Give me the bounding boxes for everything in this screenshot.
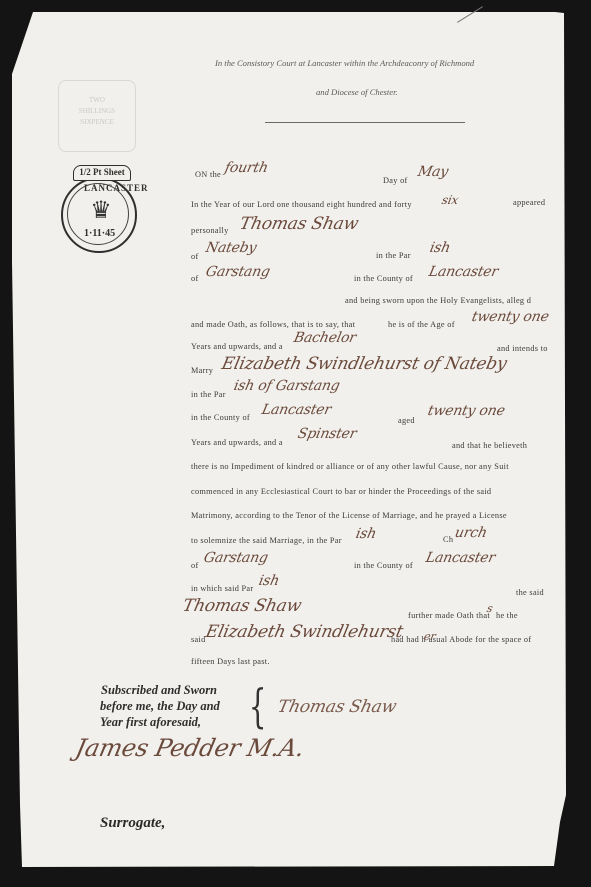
signature-groom: Thomas Shaw bbox=[276, 697, 398, 717]
label-county-2: in the County of bbox=[191, 413, 250, 422]
hw-name-again: Thomas Shaw bbox=[181, 596, 303, 616]
hw-parish-place: Garstang bbox=[204, 264, 271, 280]
hw-parish-suffix-4: ish bbox=[257, 573, 280, 589]
stamp-tab: 1/2 Pt Sheet bbox=[73, 165, 131, 181]
label-in-which: in which said Par bbox=[191, 584, 253, 593]
sworn-line-3: Year first aforesaid, bbox=[100, 715, 201, 730]
surrogate-label: Surrogate, bbox=[100, 815, 165, 832]
hw-county-3: Lancaster bbox=[424, 550, 496, 566]
hw-month: May bbox=[416, 164, 449, 180]
hw-parish-2: ish of Garstang bbox=[232, 378, 341, 394]
label-of-1: of bbox=[191, 252, 199, 261]
hw-county-2: Lancaster bbox=[260, 402, 332, 418]
hw-status-2: Spinster bbox=[296, 426, 358, 442]
label-of-3: of bbox=[191, 561, 199, 570]
sworn-line-2: before me, the Day and bbox=[100, 699, 220, 714]
label-county-1: in the County of bbox=[354, 274, 413, 283]
label-years-upwards-1: Years and upwards, and a bbox=[191, 342, 283, 351]
label-year: In the Year of our Lord one thousand eig… bbox=[191, 200, 412, 209]
hw-bride-again: Elizabeth Swindlehurst bbox=[204, 622, 405, 642]
label-of-2: of bbox=[191, 274, 199, 283]
label-church: Ch bbox=[443, 535, 453, 544]
label-day-of: Day of bbox=[383, 176, 408, 185]
label-county-3: in the County of bbox=[354, 561, 413, 570]
crown-icon: ♛ bbox=[86, 198, 116, 224]
brace-icon: { bbox=[249, 683, 267, 729]
hw-age-2: twenty one bbox=[426, 403, 506, 419]
label-intends: and intends to bbox=[497, 344, 548, 353]
stamp-top-text: LANCASTER bbox=[84, 183, 149, 193]
text-fifteen-days: fifteen Days last past. bbox=[191, 657, 270, 666]
seal-text-2: SHILLINGS bbox=[59, 106, 135, 117]
label-being-sworn: and being sworn upon the Holy Evangelist… bbox=[345, 296, 531, 305]
seal-text-3: SIXPENCE bbox=[59, 117, 135, 128]
label-marry: Marry bbox=[191, 366, 213, 375]
hw-county-1: Lancaster bbox=[427, 264, 499, 280]
hw-of-place: Nateby bbox=[204, 240, 258, 256]
label-solemnize: to solemnize the said Marriage, in the P… bbox=[191, 536, 342, 545]
stamp-tab-text: 1/2 Pt Sheet bbox=[74, 166, 130, 179]
label-years-upwards-2: Years and upwards, and a bbox=[191, 438, 283, 447]
text-matrimony: Matrimony, according to the Tenor of the… bbox=[191, 511, 507, 520]
hw-year-suffix: six bbox=[441, 193, 460, 207]
label-he-the: he the bbox=[496, 611, 518, 620]
court-header-line1: In the Consistory Court at Lancaster wit… bbox=[215, 58, 474, 68]
text-commenced: commenced in any Ecclesiastical Court to… bbox=[191, 487, 491, 496]
sworn-line-1: Subscribed and Sworn bbox=[101, 683, 217, 698]
hw-age-1: twenty one bbox=[470, 309, 550, 325]
label-appeared: appeared bbox=[513, 198, 545, 207]
hw-bride: Elizabeth Swindlehurst of Nateby bbox=[220, 354, 509, 374]
hw-parish-suffix-1: ish bbox=[428, 240, 451, 256]
label-aged: aged bbox=[398, 416, 415, 425]
text-impediment: there is no Impediment of kindred or all… bbox=[191, 462, 509, 471]
hw-status-1: Bachelor bbox=[292, 330, 357, 346]
label-in-parish-2: in the Par bbox=[191, 390, 226, 399]
label-the-said-1: the said bbox=[516, 588, 544, 597]
hw-parish-suffix-3: ish bbox=[354, 526, 377, 542]
label-believeth: and that he believeth bbox=[452, 441, 527, 450]
label-further-oath: further made Oath that bbox=[408, 611, 490, 620]
hw-church-suffix: urch bbox=[453, 525, 488, 541]
label-made-oath: and made Oath, as follows, that is to sa… bbox=[191, 320, 355, 329]
label-had-abode: had had h usual Abode for the space of bbox=[391, 635, 531, 644]
stamp-bottom-text: 1·11·45 bbox=[84, 228, 115, 239]
label-age-1: he is of the Age of bbox=[388, 320, 455, 329]
seal-text-1: TWO bbox=[59, 95, 135, 106]
hw-day: fourth bbox=[223, 160, 269, 176]
label-personally: personally bbox=[191, 226, 229, 235]
embossed-duty-seal: TWO SHILLINGS SIXPENCE bbox=[58, 80, 136, 152]
label-on-the: ON the bbox=[195, 170, 221, 179]
signature-surrogate: James Pedder M.A. bbox=[73, 734, 307, 762]
hw-church-place: Garstang bbox=[202, 550, 269, 566]
header-divider bbox=[265, 122, 465, 123]
hw-appellant: Thomas Shaw bbox=[238, 214, 360, 234]
label-in-parish-1: in the Par bbox=[376, 251, 411, 260]
court-header-line2: and Diocese of Chester. bbox=[316, 87, 398, 97]
